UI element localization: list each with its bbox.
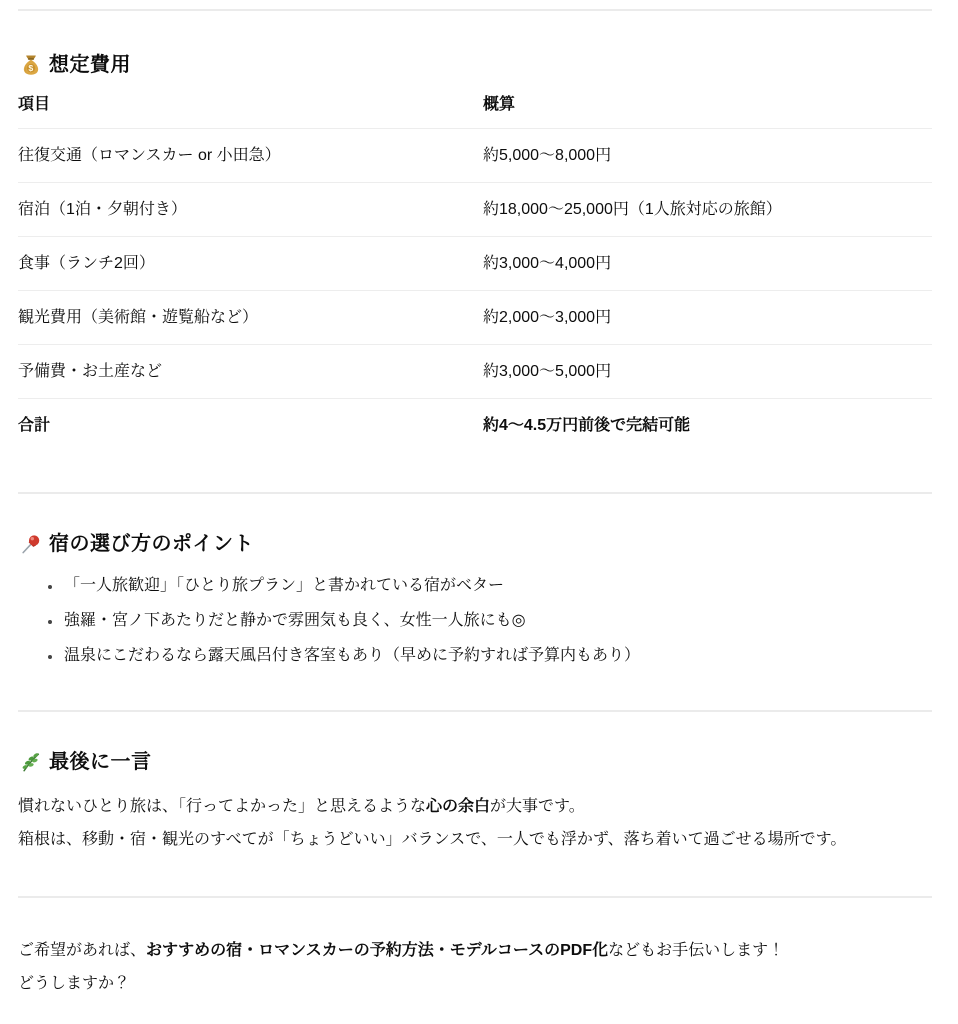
section-divider [18, 492, 932, 494]
section-estimated-costs: $ 想定費用 項目 概算 往復交通（ロマンスカー or 小田急）約5,000〜8… [18, 51, 932, 452]
herb-icon [20, 751, 42, 773]
table-cell-estimate: 約18,000〜25,000円（1人旅対応の旅館） [483, 183, 932, 237]
list-item: 「一人旅歓迎」「ひとり旅プラン」と書かれている宿がベター [62, 572, 932, 600]
final-heading-text: 最後に一言 [49, 748, 152, 776]
text-segment: 箱根は、移動・宿・観光のすべてが「ちょうどいい」バランスで、一人でも浮かず、落ち… [18, 831, 846, 848]
list-item: 強羅・宮ノ下あたりだと静かで雰囲気も良く、女性一人旅にも◎ [62, 607, 932, 635]
costs-heading-text: 想定費用 [49, 51, 131, 79]
section-divider [18, 896, 932, 898]
costs-col-header-estimate: 概算 [483, 95, 932, 129]
table-cell-item: 宿泊（1泊・夕朝付き） [18, 183, 483, 237]
bold-text: おすすめの宿・ロマンスカーの予約方法・モデルコースのPDF化 [146, 942, 608, 959]
table-row: 観光費用（美術館・遊覧船など）約2,000〜3,000円 [18, 291, 932, 345]
svg-text:$: $ [28, 63, 33, 73]
chat-message-document: $ 想定費用 項目 概算 往復交通（ロマンスカー or 小田急）約5,000〜8… [0, 0, 958, 1024]
points-list: 「一人旅歓迎」「ひとり旅プラン」と書かれている宿がベター強羅・宮ノ下あたりだと静… [18, 572, 932, 670]
table-cell-item: 観光費用（美術館・遊覧船など） [18, 291, 483, 345]
table-cell-estimate: 約3,000〜4,000円 [483, 237, 932, 291]
money-bag-icon: $ [20, 54, 42, 76]
text-segment: どうしますか？ [18, 975, 130, 992]
table-cell-estimate: 約4〜4.5万円前後で完結可能 [483, 399, 932, 453]
table-cell-item: 食事（ランチ2回） [18, 237, 483, 291]
section-final-word: 最後に一言 慣れないひとり旅は、「行ってよかった」と思えるような心の余白が大事で… [18, 748, 932, 856]
costs-table-body: 往復交通（ロマンスカー or 小田急）約5,000〜8,000円宿泊（1泊・夕朝… [18, 129, 932, 453]
table-row: 宿泊（1泊・夕朝付き）約18,000〜25,000円（1人旅対応の旅館） [18, 183, 932, 237]
text-segment: 慣れないひとり旅は、「行ってよかった」と思えるような [18, 798, 426, 815]
costs-heading: $ 想定費用 [20, 51, 932, 79]
section-divider [18, 9, 932, 11]
costs-table: 項目 概算 往復交通（ロマンスカー or 小田急）約5,000〜8,000円宿泊… [18, 95, 932, 452]
points-heading: 宿の選び方のポイント [20, 530, 932, 558]
table-row: 合計約4〜4.5万円前後で完結可能 [18, 399, 932, 453]
text-segment: ご希望があれば、 [18, 942, 146, 959]
section-divider [18, 710, 932, 712]
list-item: 温泉にこだわるなら露天風呂付き客室もあり（早めに予約すれば予算内もあり） [62, 642, 932, 670]
final-paragraph: 慣れないひとり旅は、「行ってよかった」と思えるような心の余白が大事です。箱根は、… [18, 790, 932, 856]
table-row: 予備費・お土産など約3,000〜5,000円 [18, 345, 932, 399]
costs-table-header-row: 項目 概算 [18, 95, 932, 129]
table-cell-estimate: 約2,000〜3,000円 [483, 291, 932, 345]
closing-paragraph: ご希望があれば、おすすめの宿・ロマンスカーの予約方法・モデルコースのPDF化など… [18, 934, 932, 1000]
final-heading: 最後に一言 [20, 748, 932, 776]
points-heading-text: 宿の選び方のポイント [49, 530, 254, 558]
text-segment: などもお手伝いします！ [608, 942, 784, 959]
table-row: 食事（ランチ2回）約3,000〜4,000円 [18, 237, 932, 291]
table-cell-item: 往復交通（ロマンスカー or 小田急） [18, 129, 483, 183]
bold-text: 心の余白 [426, 798, 490, 815]
table-cell-estimate: 約5,000〜8,000円 [483, 129, 932, 183]
text-segment: が大事です。 [490, 798, 585, 815]
pushpin-icon [20, 533, 42, 555]
table-cell-item: 合計 [18, 399, 483, 453]
table-cell-estimate: 約3,000〜5,000円 [483, 345, 932, 399]
section-closing-offer: ご希望があれば、おすすめの宿・ロマンスカーの予約方法・モデルコースのPDF化など… [18, 934, 932, 1000]
table-cell-item: 予備費・お土産など [18, 345, 483, 399]
section-inn-selection-points: 宿の選び方のポイント 「一人旅歓迎」「ひとり旅プラン」と書かれている宿がベター強… [18, 530, 932, 670]
costs-col-header-item: 項目 [18, 95, 483, 129]
table-row: 往復交通（ロマンスカー or 小田急）約5,000〜8,000円 [18, 129, 932, 183]
